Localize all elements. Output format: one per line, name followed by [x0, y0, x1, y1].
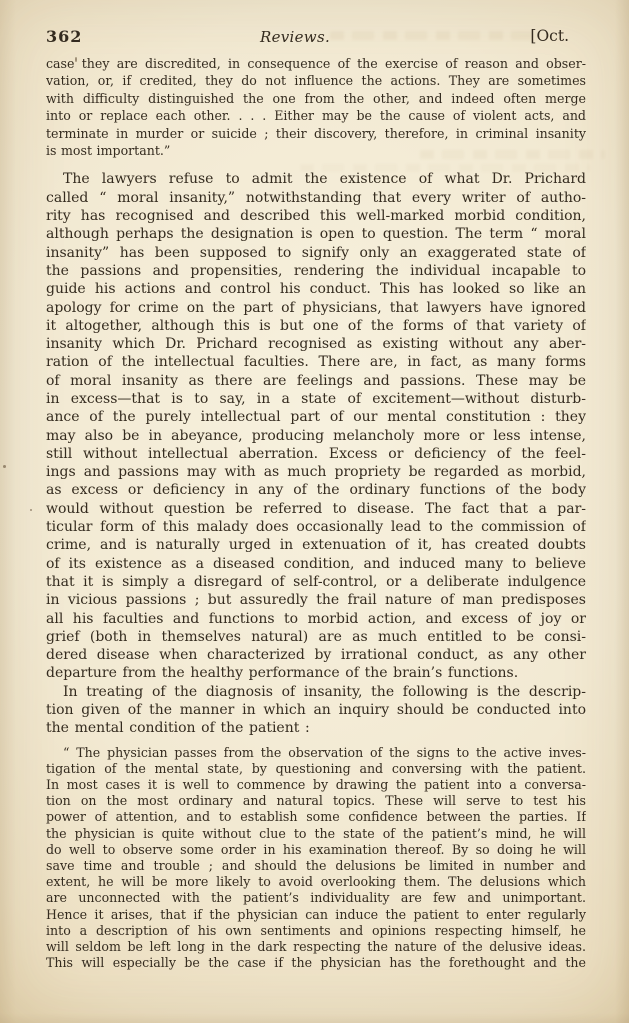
text-line: it altogether, although this is but one …	[46, 317, 586, 335]
text-line: do well to observe some order in his exa…	[46, 842, 586, 858]
text-line: are unconnected with the patient’s indiv…	[46, 890, 586, 906]
text-line: ings and passions may with as much propr…	[46, 463, 586, 481]
text-line: tion given of the manner in which an inq…	[46, 701, 586, 719]
page-header: 362 Reviews. [Oct.	[46, 27, 586, 49]
text-line: all his faculties and functions to morbi…	[46, 610, 586, 628]
text-line: tion on the most ordinary and natural to…	[46, 793, 586, 809]
text-line: power of attention, and to establish som…	[46, 809, 586, 825]
text-line: “ The physician passes from the observat…	[46, 745, 586, 761]
text-line: insanity” has been supposed to signify o…	[46, 244, 586, 262]
text-line: crime, and is naturally urged in extenua…	[46, 536, 586, 554]
text-line: In treating of the diagnosis of insanity…	[46, 683, 586, 701]
quoted-excerpt-bottom: “ The physician passes from the observat…	[46, 745, 586, 972]
text-line: with difficulty distinguished the one fr…	[46, 90, 586, 107]
text-line: that it is simply a disregard of self-co…	[46, 573, 586, 591]
text-line: terminate in murder or suicide ; their d…	[46, 125, 586, 142]
scan-speck	[30, 509, 32, 511]
page-content: 362 Reviews. [Oct. case they are discred…	[46, 27, 586, 971]
text-line: of its existence as a diseased condition…	[46, 555, 586, 573]
text-line: departure from the healthy performance o…	[46, 664, 586, 682]
text-line: into or replace each other. . . . Either…	[46, 107, 586, 124]
text-line: the mental condition of the patient :	[46, 719, 586, 737]
text-line: ration of the intellectual faculties. Th…	[46, 353, 586, 371]
scanned-book-page: 362 Reviews. [Oct. case they are discred…	[0, 0, 629, 1023]
text-line: the passions and propensities, rendering…	[46, 262, 586, 280]
text-line: insanity which Dr. Prichard recognised a…	[46, 335, 586, 353]
text-line: In most cases it is well to commence by …	[46, 777, 586, 793]
text-line: case they are discredited, in consequenc…	[46, 55, 586, 72]
text-line: extent, he will be more likely to avoid …	[46, 874, 586, 890]
text-line: is most important.”	[46, 142, 586, 159]
text-line: dered disease when characterized by irra…	[46, 646, 586, 664]
text-line: tigation of the mental state, by questio…	[46, 761, 586, 777]
text-line: apology for crime on the part of physici…	[46, 299, 586, 317]
text-line: into a description of his own sentiments…	[46, 923, 586, 939]
text-line: save time and trouble ; and should the d…	[46, 858, 586, 874]
text-line: ticular form of this malady does occasio…	[46, 518, 586, 536]
text-line: Hence it arises, that if the physician c…	[46, 907, 586, 923]
text-line: will seldom be left long in the dark res…	[46, 939, 586, 955]
body-paragraph-1: The lawyers refuse to admit the existenc…	[46, 170, 586, 682]
text-line: as excess or deficiency in any of the or…	[46, 481, 586, 499]
text-line: in excess—that is to say, in a state of …	[46, 390, 586, 408]
body-paragraph-2: In treating of the diagnosis of insanity…	[46, 683, 586, 738]
quoted-excerpt-top: case they are discredited, in consequenc…	[46, 55, 586, 159]
text-line: may also be in abeyance, producing melan…	[46, 427, 586, 445]
issue-date: [Oct.	[530, 27, 569, 45]
text-line: the physician is quite without clue to t…	[46, 826, 586, 842]
text-line: called “ moral insanity,” notwithstandin…	[46, 189, 586, 207]
text-line: vation, or, if credited, they do not inf…	[46, 72, 586, 89]
text-line: This will especially be the case if the …	[46, 955, 586, 971]
scan-speck	[3, 465, 6, 468]
text-line: of moral insanity as there are feelings …	[46, 372, 586, 390]
text-line: would without question be referred to di…	[46, 500, 586, 518]
text-line: guide his actions and control his conduc…	[46, 280, 586, 298]
text-line: in vicious passions ; but assuredly the …	[46, 591, 586, 609]
running-title: Reviews.	[46, 28, 544, 46]
text-line: ance of the purely intellectual part of …	[46, 408, 586, 426]
text-line: still without intellectual aberration. E…	[46, 445, 586, 463]
text-line: The lawyers refuse to admit the existenc…	[46, 170, 586, 188]
text-line: grief (both in themselves natural) are a…	[46, 628, 586, 646]
text-line: although perhaps the designation is open…	[46, 225, 586, 243]
text-line: rity has recognised and described this w…	[46, 207, 586, 225]
